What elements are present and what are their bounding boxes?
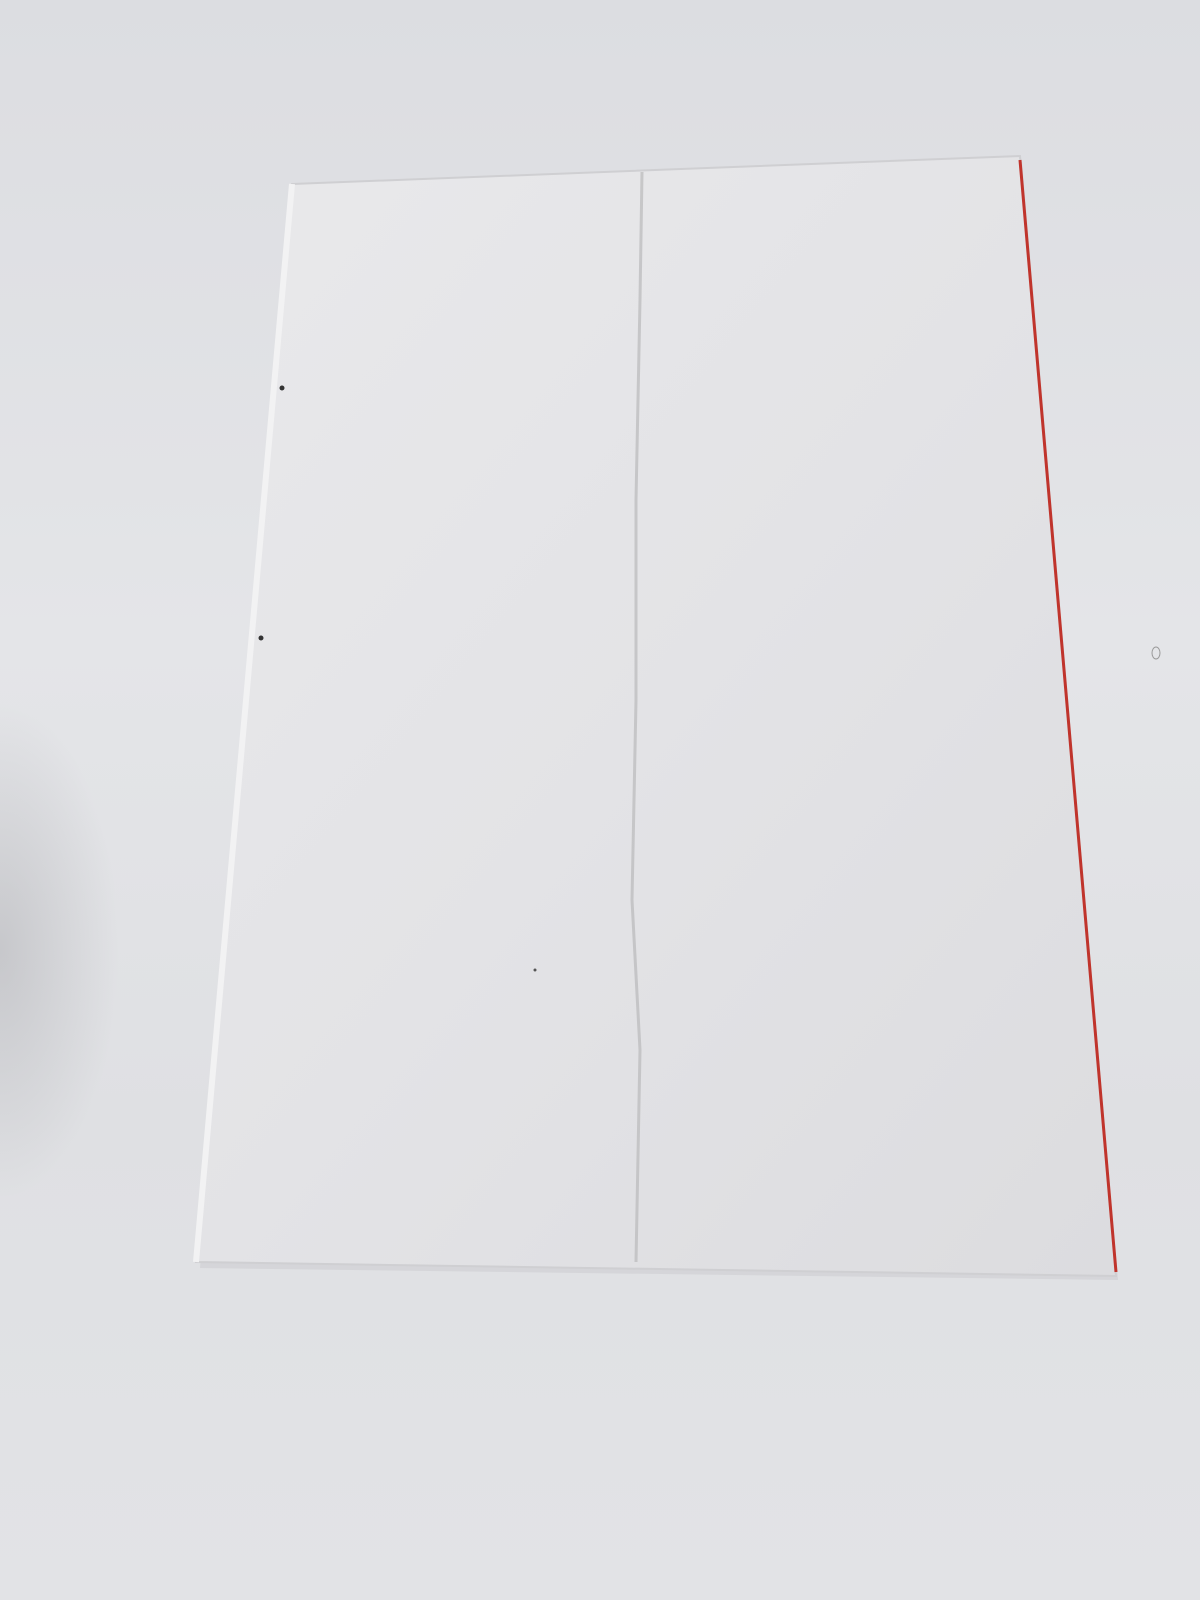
paper-sheet	[0, 0, 1200, 1600]
paper-body	[196, 156, 1116, 1276]
